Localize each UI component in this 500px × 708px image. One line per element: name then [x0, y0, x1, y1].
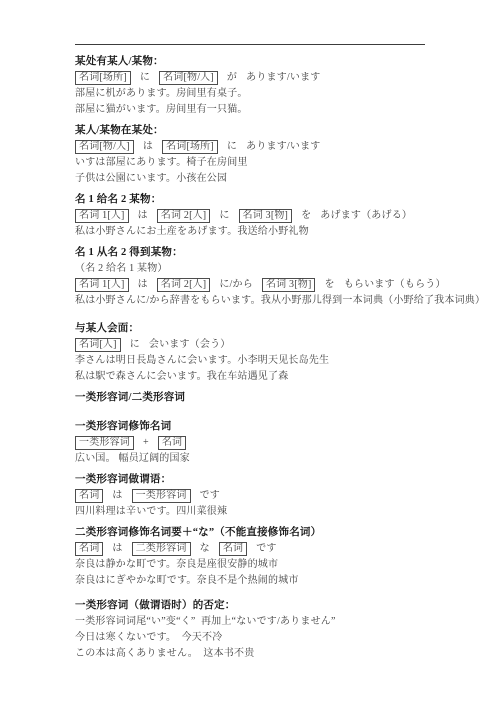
particle-text: に — [227, 139, 237, 155]
particle-text: あげます（あげる） — [320, 208, 412, 224]
example-line: 四川料理は辛いです。四川菜很辣 — [75, 504, 475, 520]
section-heading: 名 1 给名 2 某物： — [75, 192, 475, 208]
grammar-notes-content: 某处有某人/某物：名词[场所]に名词[物/人]があります/います部屋に机がありま… — [75, 54, 475, 667]
grammar-term-box: 二类形容词 — [132, 542, 191, 556]
example-line: 子供は公園にいます。小孩在公园 — [75, 171, 475, 187]
top-divider — [75, 44, 425, 45]
grammar-term-box: 名词[物/人] — [159, 71, 218, 85]
example-line: 部屋に猫がいます。房间里有一只猫。 — [75, 102, 475, 118]
particle-text: もらいます（もらう） — [344, 277, 446, 293]
grammar-section: 一类形容词修饰名词一类形容词+名词広い国。 幅员辽阔的国家 — [75, 419, 475, 467]
grammar-term-box: 名词 2[人] — [157, 278, 211, 292]
example-line: 部屋に机があります。房间里有桌子。 — [75, 86, 475, 102]
example-line: 奈良は静かな町です。奈良是座很安静的城市 — [75, 557, 475, 573]
example-line: 私は駅で森さんに会います。我在车站遇见了森 — [75, 369, 475, 385]
section-heading: 一类形容词/二类形容词 — [75, 390, 475, 406]
grammar-formula-line: 一类形容词+名词 — [75, 435, 475, 451]
particle-text: + — [143, 435, 149, 451]
section-heading: 一类形容词（做谓语时）的否定： — [75, 598, 475, 614]
particle-text: に — [219, 208, 229, 224]
grammar-term-box: 名词 — [75, 542, 103, 556]
example-line: 奈良はにぎやかな町です。奈良不是个热闹的城市 — [75, 573, 475, 589]
document-page: 某处有某人/某物：名词[场所]に名词[物/人]があります/います部屋に机がありま… — [0, 0, 500, 708]
particle-text: 会います（会う） — [149, 337, 231, 353]
grammar-term-box: 名词[人] — [75, 338, 121, 352]
grammar-formula-line: 名词は二类形容词な名词です — [75, 541, 475, 557]
grammar-term-box: 一类形容词 — [132, 489, 191, 503]
section-heading: 某人/某物在某处： — [75, 123, 475, 139]
grammar-term-box: 一类形容词 — [75, 436, 134, 450]
grammar-term-box: 名词[场所] — [75, 71, 131, 85]
grammar-formula-line: 名词 1[人]は名词 2[人]に名词 3[物]をあげます（あげる） — [75, 208, 475, 224]
example-line: 私は小野さんにお土産をあげます。我送给小野礼物 — [75, 224, 475, 240]
example-line: 広い国。 幅员辽阔的国家 — [75, 451, 475, 467]
grammar-section: 一类形容词/二类形容词 — [75, 390, 475, 406]
particle-text: です — [200, 488, 220, 504]
particle-text: に/から — [219, 277, 253, 293]
grammar-term-box: 名词[物/人] — [75, 140, 134, 154]
heading-note: （名 2 给名 1 某物） — [75, 261, 475, 277]
grammar-section: 某处有某人/某物：名词[场所]に名词[物/人]があります/います部屋に机がありま… — [75, 54, 475, 118]
grammar-formula-line: 名词は一类形容词です — [75, 488, 475, 504]
section-heading: 某处有某人/某物： — [75, 54, 475, 70]
particle-text: は — [112, 488, 122, 504]
particle-text: です — [256, 541, 276, 557]
grammar-term-box: 名词 — [219, 542, 247, 556]
grammar-term-box: 名词 3[物] — [262, 278, 316, 292]
particle-text: を — [324, 277, 334, 293]
grammar-term-box: 名词 — [75, 489, 103, 503]
grammar-section: 一类形容词做谓语：名词は一类形容词です四川料理は辛いです。四川菜很辣 — [75, 472, 475, 520]
example-line: いすは部屋にあります。椅子在房间里 — [75, 155, 475, 171]
grammar-section: 名 1 给名 2 某物：名词 1[人]は名词 2[人]に名词 3[物]をあげます… — [75, 192, 475, 240]
grammar-section: 与某人会面：名词[人]に会います（会う）李さんは明日長島さんに会います。小李明天… — [75, 321, 475, 385]
section-heading: 与某人会面： — [75, 321, 475, 337]
particle-text: に — [140, 70, 150, 86]
example-line: 李さんは明日長島さんに会います。小李明天见长岛先生 — [75, 353, 475, 369]
example-line: 一类形容词词尾“い”变“く” 再加上“ないです/ありません” — [75, 614, 475, 630]
grammar-formula-line: 名词[场所]に名词[物/人]があります/います — [75, 70, 475, 86]
grammar-formula-line: 名词 1[人]は名词 2[人]に/から名词 3[物]をもらいます（もらう） — [75, 277, 475, 293]
grammar-section: 二类形容词修饰名词要＋“な”（不能直接修饰名词）名词は二类形容词な名词です奈良は… — [75, 525, 475, 589]
particle-text: あります/います — [246, 70, 320, 86]
section-heading: 一类形容词做谓语： — [75, 472, 475, 488]
grammar-section: 某人/某物在某处：名词[物/人]は名词[场所]にあります/いますいすは部屋にあり… — [75, 123, 475, 187]
particle-text: あります/います — [246, 139, 320, 155]
grammar-section: 一类形容词（做谓语时）的否定：一类形容词词尾“い”变“く” 再加上“ないです/あ… — [75, 598, 475, 662]
particle-text: は — [112, 541, 122, 557]
grammar-term-box: 名词 1[人] — [75, 209, 129, 223]
section-heading: 名 1 从名 2 得到某物： — [75, 245, 475, 261]
particle-text: が — [227, 70, 237, 86]
particle-text: は — [138, 277, 148, 293]
particle-text: に — [130, 337, 140, 353]
grammar-term-box: 名词 2[人] — [157, 209, 211, 223]
section-heading: 一类形容词修饰名词 — [75, 419, 475, 435]
particle-text: な — [200, 541, 210, 557]
grammar-term-box: 名词 3[物] — [239, 209, 293, 223]
grammar-term-box: 名词[场所] — [162, 140, 218, 154]
particle-text: を — [301, 208, 311, 224]
grammar-formula-line: 名词[人]に会います（会う） — [75, 337, 475, 353]
example-line: 今日は寒くないです。 今天不冷 — [75, 630, 475, 646]
grammar-formula-line: 名词[物/人]は名词[场所]にあります/います — [75, 139, 475, 155]
particle-text: は — [143, 139, 153, 155]
particle-text: は — [138, 208, 148, 224]
grammar-term-box: 名词 1[人] — [75, 278, 129, 292]
example-line: 私は小野さんに/から辞書をもらいます。我从小野那儿得到一本词典（小野给了我本词典… — [75, 293, 475, 309]
grammar-term-box: 名词 — [158, 436, 186, 450]
grammar-section: 名 1 从名 2 得到某物：（名 2 给名 1 某物）名词 1[人]は名词 2[… — [75, 245, 475, 309]
section-heading: 二类形容词修饰名词要＋“な”（不能直接修饰名词） — [75, 525, 475, 541]
example-line: この本は高くありません。 这本书不贵 — [75, 646, 475, 662]
